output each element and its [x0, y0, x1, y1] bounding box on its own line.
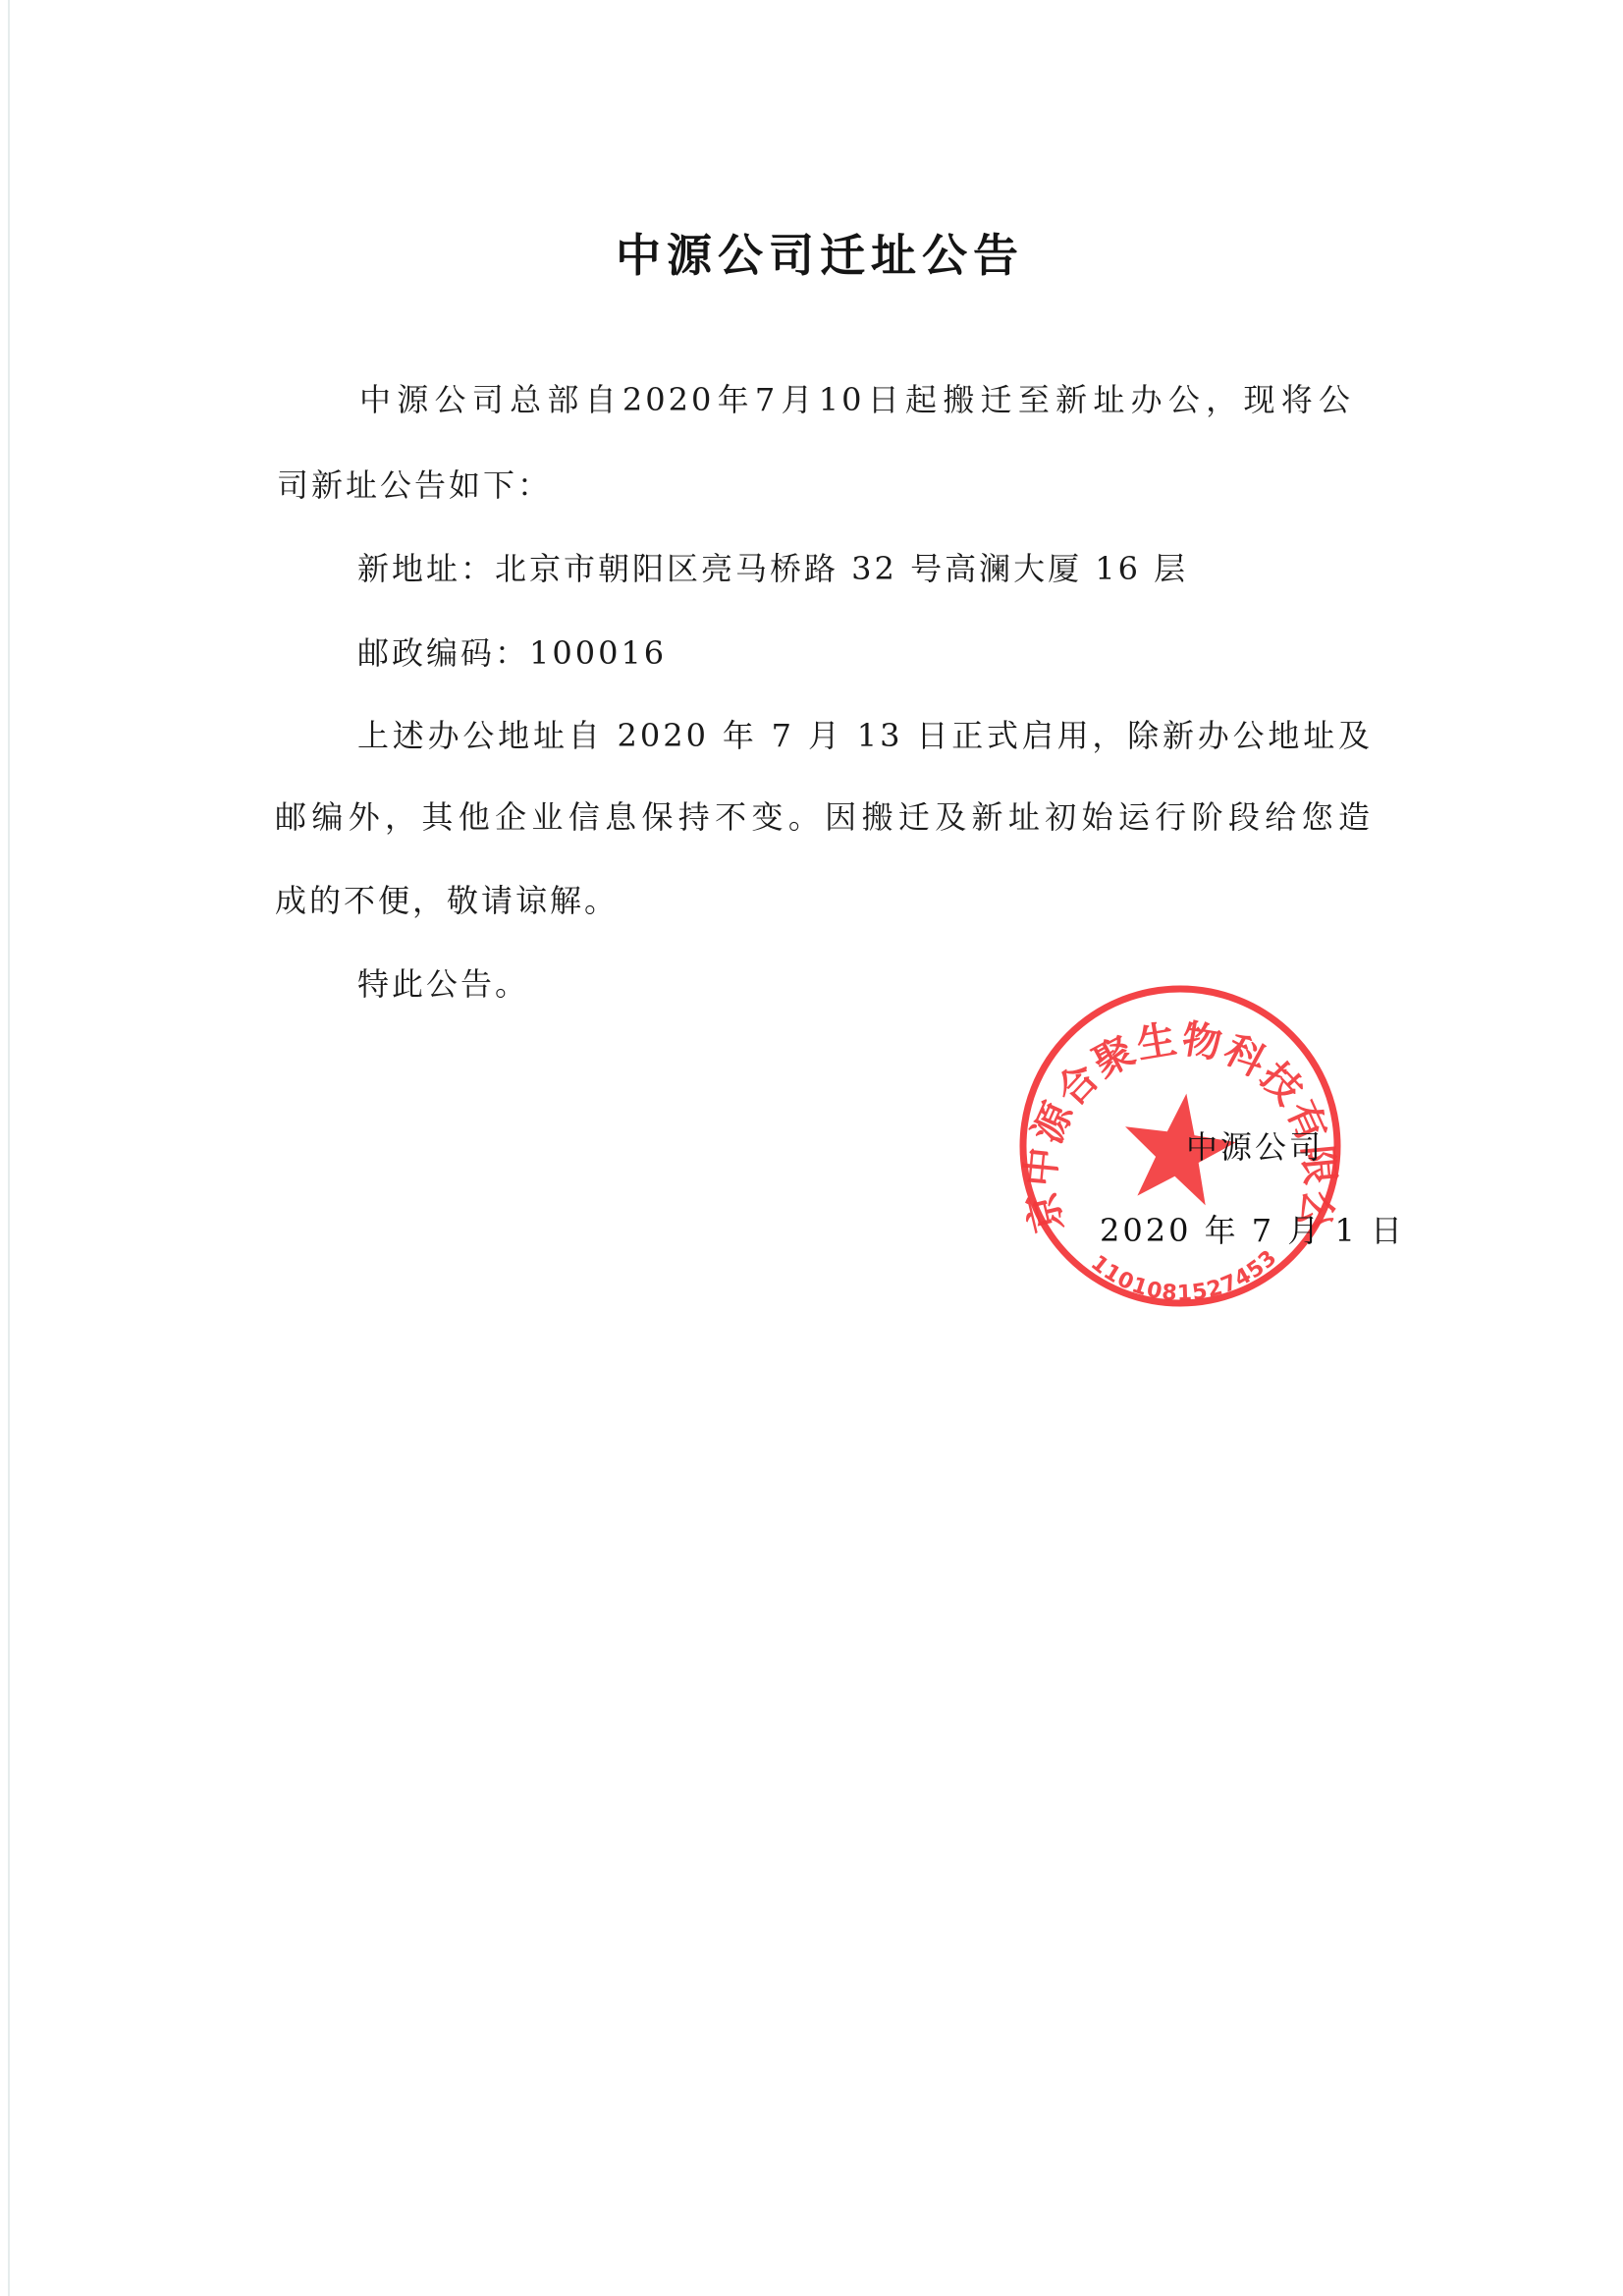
stamp-registration-number: 1101081527453	[1086, 1245, 1282, 1306]
signature-date: 2020 年 7 月 1 日	[1100, 1209, 1405, 1252]
paragraph-1-line-2: 司新址公告如下：	[277, 464, 552, 507]
paragraph-1-line-1: 中源公司总部自2020年7月10日起搬迁至新址办公，现将公	[359, 378, 1353, 421]
signature-company: 中源公司	[1186, 1125, 1324, 1169]
scan-edge-line	[8, 0, 10, 2296]
paragraph-2-line-1-text: 上述办公地址自 2020 年 7 月 13 日正式启用，除新办公地址及	[357, 717, 1373, 754]
stamp-company-name: 北京中源合聚生物科技有限公司	[1011, 977, 1342, 1236]
closing-line: 特此公告。	[357, 962, 529, 1006]
postal-code-line: 邮政编码：100016	[357, 631, 667, 675]
paragraph-2-line-1: 上述办公地址自 2020 年 7 月 13 日正式启用，除新办公地址及	[357, 714, 1373, 757]
paragraph-2-line-3: 成的不便，敬请谅解。	[275, 879, 619, 922]
paragraph-2-line-2-text: 邮编外，其他企业信息保持不变。因搬迁及新址初始运行阶段给您造	[275, 798, 1373, 836]
paragraph-2-line-2: 邮编外，其他企业信息保持不变。因搬迁及新址初始运行阶段给您造	[275, 795, 1373, 839]
paragraph-1-line-1-text: 中源公司总部自2020年7月10日起搬迁至新址办公，现将公	[359, 381, 1353, 418]
document-title: 中源公司迁址公告	[589, 224, 1051, 287]
new-address-line: 新地址：北京市朝阳区亮马桥路 32 号高澜大厦 16 层	[357, 547, 1188, 590]
